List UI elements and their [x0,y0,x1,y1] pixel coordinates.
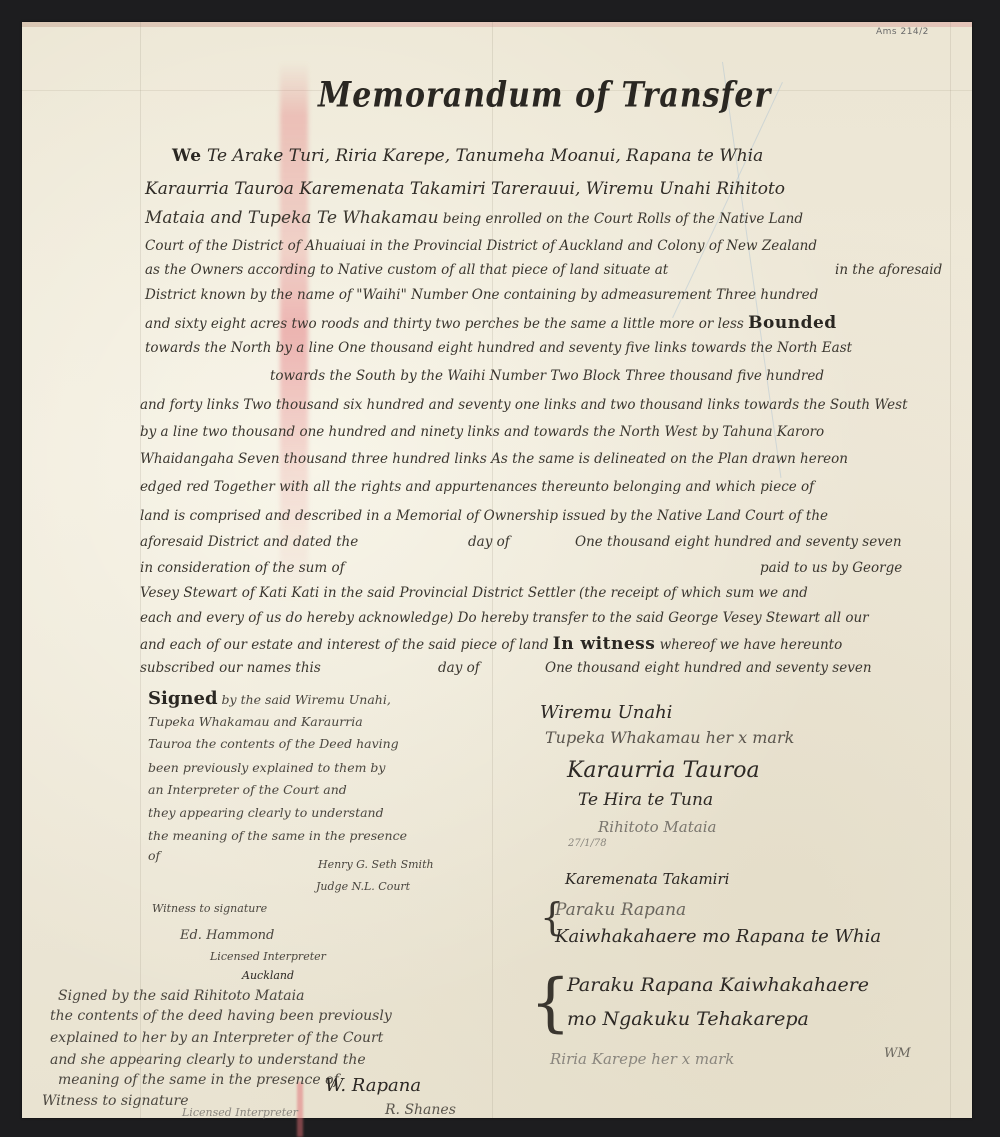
body-line-7: and sixty eight acres two roods and thir… [145,313,837,333]
signature-3: Karaurria Tauroa [567,758,760,783]
second-signature: R. Shanes [385,1102,456,1118]
signed-heading: Signed [148,688,218,709]
attestation-left-line-2: Tupeka Whakamau and Karaurria [148,714,363,729]
paper-top-edge [22,22,972,27]
body-line-18: each and every of us do hereby acknowled… [140,610,869,626]
body-line-5: as the Owners according to Native custom… [145,262,668,278]
body-line-10: and forty links Two thousand six hundred… [140,397,908,413]
initials: WM [884,1046,911,1061]
body-line-17: Vesey Stewart of Kati Kati in the said P… [140,585,808,601]
signature-11: Riria Karepe her x mark [550,1050,734,1068]
signature-6: Karemenata Takamiri [565,870,729,888]
body-line-19: and each of our estate and interest of t… [140,634,842,654]
attestation-bottom-line-2: the contents of the deed having been pre… [50,1008,392,1024]
body-line-2: Karaurria Tauroa Karemenata Takamiri Tar… [145,179,785,199]
signature-10: mo Ngakuku Tehakarepa [567,1008,809,1030]
interpreter-title: Licensed Interpreter [182,1106,298,1119]
archive-reference: Ams 214/2 [876,27,929,37]
attestation-bottom-line-1: Signed by the said Rihitoto Mataia [58,988,304,1004]
witness-line-3: Licensed Interpreter [210,950,326,963]
signature-4: Te Hira te Tuna [578,790,713,810]
signature-5-date: 27/1/78 [568,838,607,849]
signature-7: Paraku Rapana [555,900,686,920]
faint-plan-line [672,82,783,318]
drop-cap: We [172,146,202,166]
body-line-1: We Te Arake Turi, Riria Karepe, Tanumeha… [172,146,763,166]
body-line-8: towards the North by a line One thousand… [145,340,852,356]
body-line-16: in consideration of the sum of paid to u… [140,560,345,576]
attestation-bottom-line-6: Witness to signature [42,1093,188,1109]
witness-line-1: Witness to signature [152,902,267,915]
judge-title: Judge N.L. Court [316,880,410,893]
signature-8: Kaiwhakahaere mo Rapana te Whia [555,926,881,947]
attestation-left-line-1: Signed by the said Wiremu Unahi, [148,688,391,709]
body-line-13: edged red Together with all the rights a… [140,479,814,495]
attestation-bottom-line-4: and she appearing clearly to understand … [50,1052,366,1068]
faint-plan-line [722,62,781,478]
body-line-6: District known by the name of "Waihi" Nu… [145,287,818,303]
attestation-bottom-line-3: explained to her by an Interpreter of th… [50,1030,383,1046]
body-line-14: land is comprised and described in a Mem… [140,508,828,524]
witness-line-4: Auckland [242,969,294,982]
signature-1: Wiremu Unahi [540,702,672,723]
attestation-left-line-7: the meaning of the same in the presence [148,828,407,843]
signature-5: Rihitoto Mataia [598,818,716,836]
body-line-15: aforesaid District and dated the day of … [140,534,358,550]
document-title: Memorandum of Transfer [318,75,771,115]
body-line-3: Mataia and Tupeka Te Whakamau being enro… [145,208,803,228]
body-line-20: subscribed our names this day of One tho… [140,660,321,676]
body-line-12: Whaidangaha Seven thousand three hundred… [140,451,848,467]
body-line-11: by a line two thousand one hundred and n… [140,424,824,440]
body-line-9: towards the South by the Waihi Number Tw… [270,368,824,384]
fold-line [950,22,951,1118]
brace: { [530,966,571,1040]
attestation-left-line-8: of [148,848,160,863]
attestation-left-line-6: they appearing clearly to understand [148,805,384,820]
attestation-left-line-3: Tauroa the contents of the Deed having [148,736,399,751]
attestation-bottom-line-5: meaning of the same in the presence of [58,1072,339,1088]
signature-9: Paraku Rapana Kaiwhakahaere [567,974,869,996]
attestation-left-line-4: been previously explained to them by [148,760,385,775]
body-line-4: Court of the District of Ahuaiuai in the… [145,238,817,254]
judge-signature: Henry G. Seth Smith [318,858,434,871]
attestation-left-line-5: an Interpreter of the Court and [148,782,347,797]
signature-2: Tupeka Whakamau her x mark [545,728,794,747]
witness-line-2: Ed. Hammond [180,928,274,943]
interpreter-signature: W. Rapana [325,1075,421,1096]
